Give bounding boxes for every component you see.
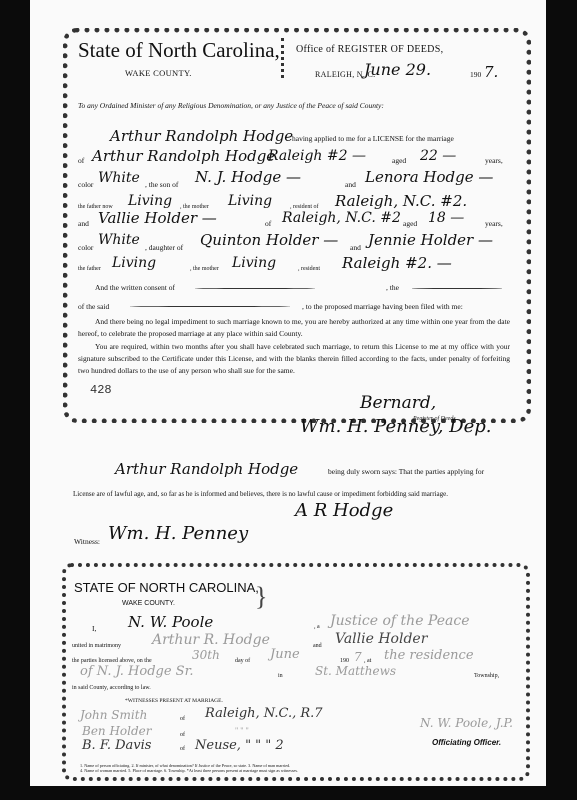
bride-father: Quinton Holder — xyxy=(200,231,338,249)
groom-mother-status: Living xyxy=(228,193,272,209)
affiant-name: Arthur Randolph Hodge xyxy=(115,460,298,478)
bride-mother: Jennie Holder — xyxy=(368,231,493,249)
groom-name: Arthur Randolph Hodge xyxy=(92,147,275,165)
witness-2-residence: " " " xyxy=(235,726,249,735)
license-number: 428 xyxy=(90,383,112,397)
affiant-signature: A R Hodge xyxy=(295,500,393,521)
in-label: in xyxy=(278,673,283,679)
authorization-paragraph: And there being no legal impediment to s… xyxy=(78,316,510,339)
witness-3-name: B. F. Davis xyxy=(82,738,151,753)
resident-label: , resident xyxy=(298,266,320,272)
address-line: To any Ordained Minister of any Religiou… xyxy=(78,101,384,110)
cert-state-title: STATE OF NORTH CAROLINA, xyxy=(74,580,259,595)
daughter-of-label: , daughter of xyxy=(145,243,183,252)
cert-groom: Arthur R. Hodge xyxy=(152,632,270,648)
consent-tail: , to the proposed marriage having been f… xyxy=(302,302,463,311)
consent-relation-wave xyxy=(412,288,502,289)
day-of-label: day of xyxy=(235,658,250,664)
witness-2-of: of xyxy=(180,732,185,738)
witness-2-name: Ben Holder xyxy=(82,724,152,738)
groom-age: 22 — xyxy=(420,148,456,164)
law-label: in said County, according to law. xyxy=(72,685,151,691)
said-blank-wave xyxy=(130,306,290,307)
officiant-name: N. W. Poole xyxy=(128,613,213,631)
applicant-name: Arthur Randolph Hodge xyxy=(110,127,293,145)
cert-county: WAKE COUNTY. xyxy=(122,600,175,607)
cert-i-label: I, xyxy=(92,624,96,633)
united-label: united in matrimony xyxy=(72,643,121,649)
and-label-bride-parents: and xyxy=(350,243,361,252)
bride-parents-residence: Raleigh #2. — xyxy=(342,254,452,272)
color-label-bride: color xyxy=(78,243,93,252)
bride-mother-status: Living xyxy=(232,255,276,271)
groom-parents-residence: Raleigh, N.C. #2. xyxy=(335,192,467,210)
groom-color: White xyxy=(98,170,140,186)
state-title: State of North Carolina, xyxy=(78,38,280,63)
county-label: WAKE COUNTY. xyxy=(125,68,192,78)
the-mother-label-bride: , the mother xyxy=(190,266,219,272)
bride-residence: Raleigh, N.C. #2 xyxy=(282,210,401,226)
bride-name: Vallie Holder — xyxy=(98,209,217,227)
header-divider xyxy=(281,38,284,78)
officer-signature: N. W. Poole, J.P. xyxy=(420,716,513,730)
cert-year: 7 xyxy=(354,650,362,664)
witness-1-of: of xyxy=(180,716,185,722)
cert-place-2: of N. J. Hodge Sr. xyxy=(80,664,194,679)
requirement-paragraph: You are required, within two months afte… xyxy=(78,341,510,377)
witness-signature: Wm. H. Penney xyxy=(108,523,248,544)
cert-township: St. Matthews xyxy=(315,664,396,678)
the-father-label: the father xyxy=(78,266,101,272)
consent-blank-wave xyxy=(195,288,315,289)
cert-place: the residence xyxy=(384,648,474,663)
cert-month: June xyxy=(270,647,300,662)
sworn-text-2: License are of lawful age, and, so far a… xyxy=(73,490,448,498)
son-of-label: , the son of xyxy=(145,180,178,189)
of-label: of xyxy=(78,156,84,165)
year-prefix: 190 xyxy=(470,70,481,79)
register-signature: Bernard, xyxy=(360,393,436,413)
township-label: Township, xyxy=(474,673,499,679)
cert-day: 30th xyxy=(192,648,220,662)
of-the-said-label: of the said xyxy=(78,302,109,311)
aged-label: aged xyxy=(392,156,406,165)
groom-father: N. J. Hodge — xyxy=(195,168,301,186)
color-label: color xyxy=(78,180,93,189)
bride-father-status: Living xyxy=(112,255,156,271)
cert-a-label: , a xyxy=(314,624,320,630)
bride-color: White xyxy=(98,232,140,248)
years-label-bride: years, xyxy=(485,219,503,228)
witness-1-residence: Raleigh, N.C., R.7 xyxy=(205,706,323,721)
officer-label: Officiating Officer. xyxy=(432,738,501,747)
years-label: years, xyxy=(485,156,503,165)
consent-line: And the written consent of xyxy=(95,283,175,292)
year-handwritten: 7. xyxy=(484,63,498,81)
deputy-signature: Wm. H. Penney, Dep. xyxy=(300,416,492,437)
bride-age: 18 — xyxy=(428,210,464,226)
cert-bride: Vallie Holder xyxy=(335,631,427,647)
groom-father-status: Living xyxy=(128,193,172,209)
and-label-bride: and xyxy=(78,219,89,228)
aged-label-bride: aged xyxy=(403,219,417,228)
groom-residence: Raleigh #2 — xyxy=(268,148,366,164)
the-label: , the xyxy=(386,283,399,292)
sworn-text: being duly sworn says: That the parties … xyxy=(328,467,484,476)
witness-1-name: John Smith xyxy=(80,708,147,722)
office-label: Office of REGISTER OF DEEDS, xyxy=(296,44,443,55)
witnesses-header: *WITNESSES PRESENT AT MARRIAGE. xyxy=(125,698,223,704)
officiant-title: Justice of the Peace xyxy=(330,613,469,629)
cert-and-label: and xyxy=(313,643,322,649)
witness-label: Witness: xyxy=(74,537,100,546)
of-label-bride: of xyxy=(265,219,271,228)
witness-3-of: of xyxy=(180,746,185,752)
footnote-2: 4. Name of woman married. 5. Place of ma… xyxy=(80,768,298,773)
license-date: June 29. xyxy=(364,60,431,79)
applied-text: having applied to me for a LICENSE for t… xyxy=(292,134,454,143)
and-label: and xyxy=(345,180,356,189)
witness-3-residence: Neuse, " " " 2 xyxy=(195,738,284,753)
groom-mother: Lenora Hodge — xyxy=(365,168,493,186)
